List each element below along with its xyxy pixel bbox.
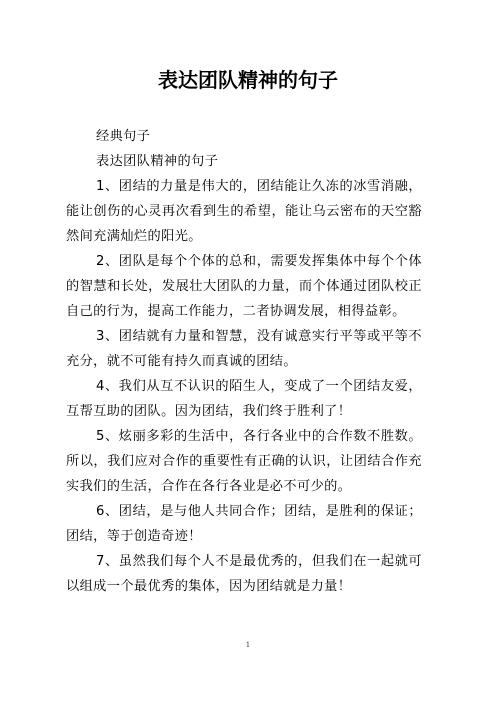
page-number: 1 <box>0 641 496 649</box>
paragraph-item-7: 7、虽然我们每个人不是最优秀的，但我们在一起就可以组成一个最优秀的集体，因为团结… <box>66 549 422 599</box>
paragraph-item-4: 4、我们从互不认识的陌生人，变成了一个团结友爱，互帮互助的团队。因为团结，我们终… <box>66 374 422 424</box>
document-body: 经典句子 表达团队精神的句子 1、团结的力量是伟大的，团结能让久冻的冰雪消融，能… <box>66 124 422 599</box>
paragraph-item-3: 3、团结就有力量和智慧，没有诚意实行平等或平等不充分，就不可能有持久而真诚的团结… <box>66 324 422 374</box>
document-title: 表达团队精神的句子 <box>0 66 496 94</box>
paragraph-category: 经典句子 <box>66 124 422 149</box>
paragraph-item-2: 2、团队是每个个体的总和，需要发挥集体中每个个体的智慧和长处，发展壮大团队的力量… <box>66 249 422 324</box>
document-page: 表达团队精神的句子 经典句子 表达团队精神的句子 1、团结的力量是伟大的，团结能… <box>0 0 496 702</box>
paragraph-item-1: 1、团结的力量是伟大的，团结能让久冻的冰雪消融，能让创伤的心灵再次看到生的希望，… <box>66 174 422 249</box>
paragraph-subtitle: 表达团队精神的句子 <box>66 149 422 174</box>
paragraph-item-6: 6、团结，是与他人共同合作；团结，是胜利的保证；团结，等于创造奇迹！ <box>66 499 422 549</box>
paragraph-item-5: 5、炫丽多彩的生活中，各行各业中的合作数不胜数。所以，我们应对合作的重要性有正确… <box>66 424 422 499</box>
